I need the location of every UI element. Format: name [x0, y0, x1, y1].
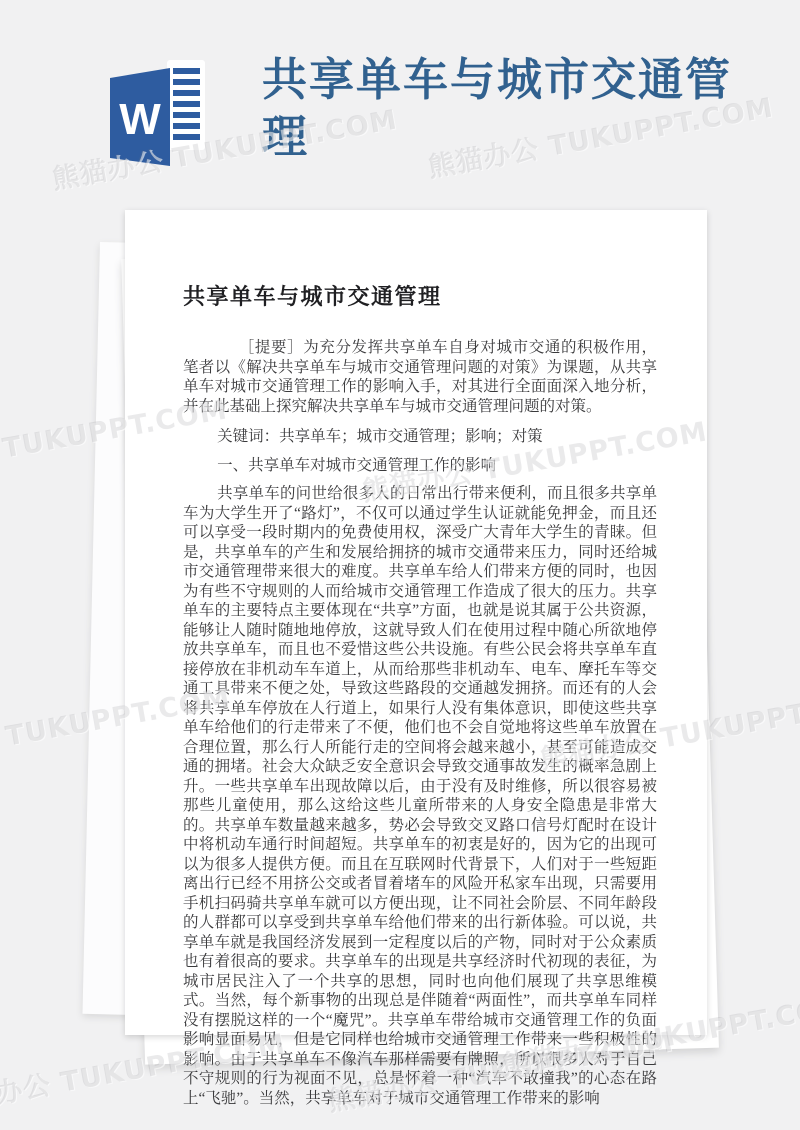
body-paragraph: 共享单车的问世给很多人的日常出行带来便利，而且很多共享单车为大学生开了“路灯”，… — [183, 484, 657, 1108]
word-icon-letter: W — [119, 95, 161, 144]
document-header: W 共享单车与城市交通管理 — [0, 0, 800, 200]
word-file-icon: W — [104, 58, 210, 168]
document-title-link[interactable]: 共享单车与城市交通管理 — [262, 52, 742, 166]
keywords-line: 关键词：共享单车；城市交通管理；影响；对策 — [183, 427, 657, 447]
section-heading: 一、共享单车对城市交通管理工作的影响 — [183, 456, 657, 476]
page-title: 共享单车与城市交通管理 — [183, 280, 657, 311]
document-page: 共享单车与城市交通管理 ［提要］为充分发挥共享单车自身对城市交通的积极作用，笔者… — [125, 210, 707, 1035]
document-preview-screen: { "header": { "title": "共享单车与城市交通管理", "i… — [0, 0, 800, 1130]
abstract-paragraph: ［提要］为充分发挥共享单车自身对城市交通的积极作用，笔者以《解决共享单车与城市交… — [183, 338, 657, 416]
